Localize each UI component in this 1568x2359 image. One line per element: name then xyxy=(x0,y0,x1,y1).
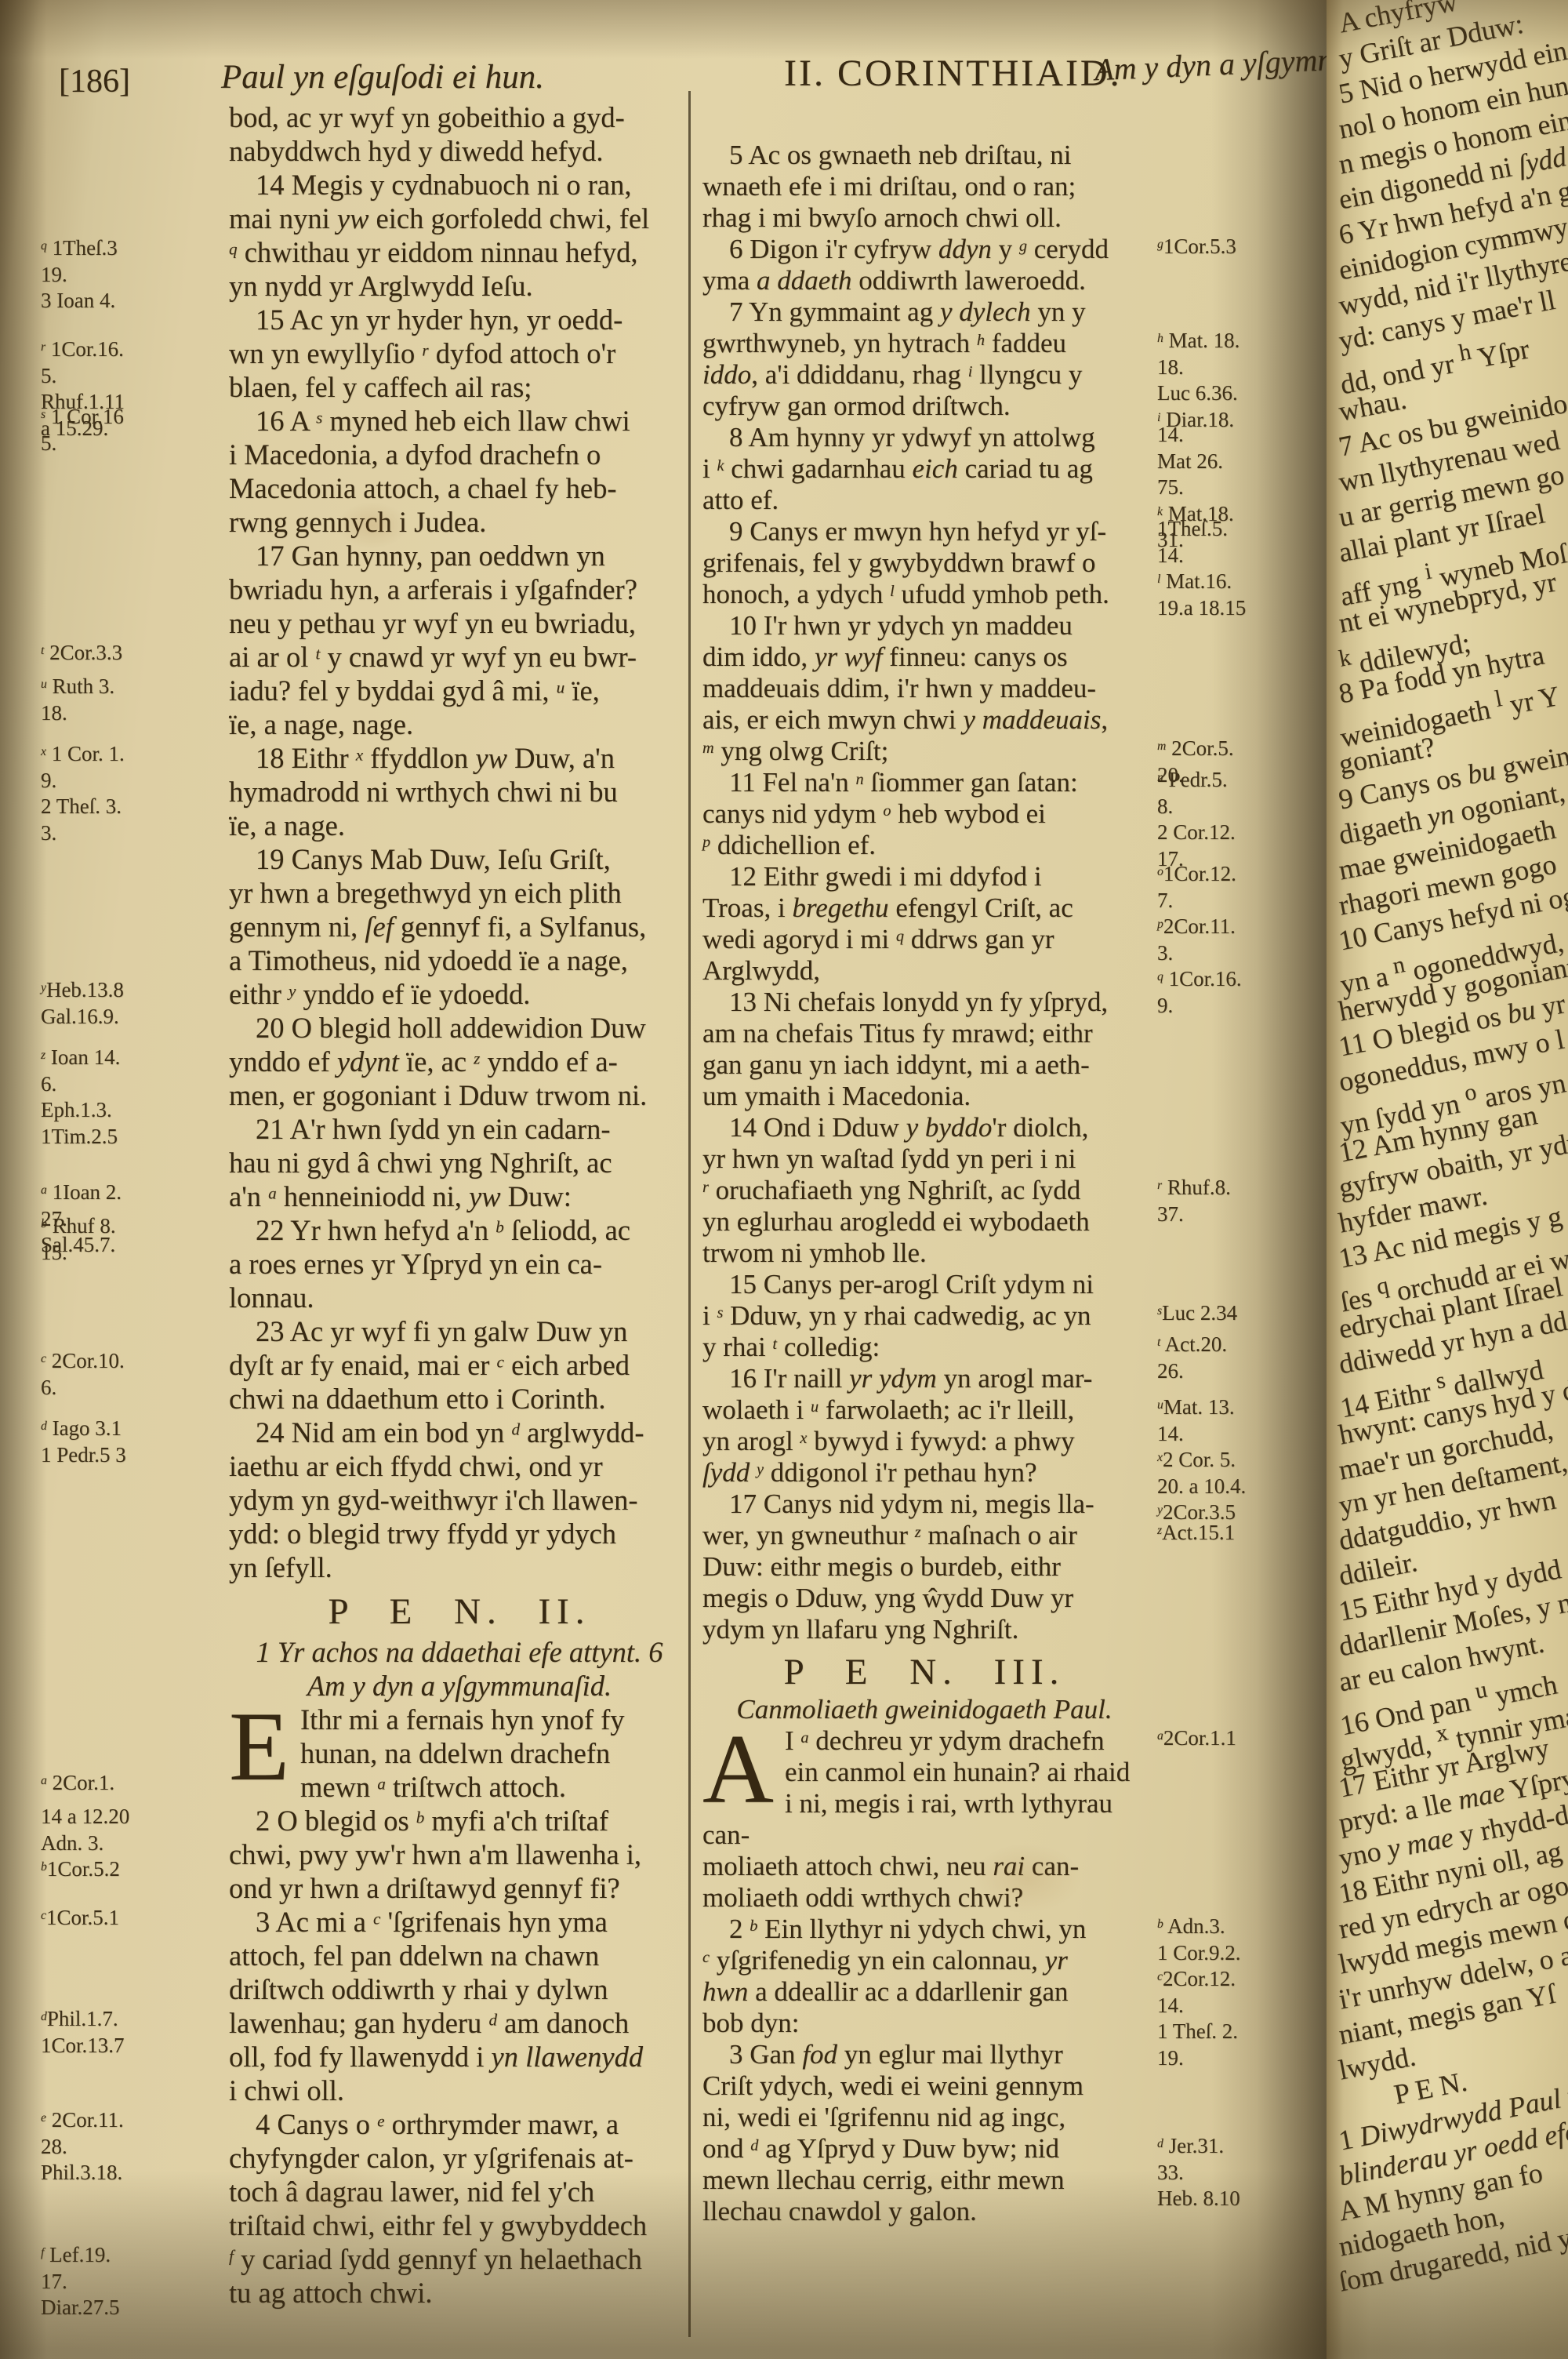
verse: 9 Canys er mwyn hyn hefyd yr yſ-grifenai… xyxy=(702,516,1146,610)
verse-text: 8 Am hynny yr ydwyf yn attolwgi k chwi g… xyxy=(702,422,1146,516)
verse-text: 21 A'r hwn ſydd yn ein cadarn-hau ni gyd… xyxy=(229,1112,690,1213)
next-page-text: A chyfrywy Griſt ar Dduw:5 Nid o herwydd… xyxy=(1339,6,1568,2300)
margin-references: c1Cor.5.1 xyxy=(41,1905,213,1932)
verse-text: 16 I'r naill yr ydym yn arogl mar-wolaet… xyxy=(702,1363,1146,1488)
verse-text: 18 Eithr x ffyddlon yw Duw, a'nhymadrodd… xyxy=(229,741,690,842)
verse-text: 22 Yr hwn hefyd a'n b ſeliodd, aca roes … xyxy=(229,1213,690,1314)
verse-text: EIthr mi a fernais hyn ynof fyhunan, na … xyxy=(229,1703,690,1804)
verse: 4 Canys o e orthrymder mawr, achyfyngder… xyxy=(229,2107,690,2310)
page-number: [186] xyxy=(59,63,130,100)
verse: 7 Yn gymmaint ag y dylech yn ygwrthwyneb… xyxy=(702,296,1146,422)
verse-text: 20 O blegid holl addewidion Duwynddo ef … xyxy=(229,1011,690,1112)
verse: 16 I'r naill yr ydym yn arogl mar-wolaet… xyxy=(702,1363,1146,1488)
verse: 17 Canys nid ydym ni, megis lla-wer, yn … xyxy=(702,1488,1146,1645)
verse: 18 Eithr x ffyddlon yw Duw, a'nhymadrodd… xyxy=(229,741,690,842)
verse: EIthr mi a fernais hyn ynof fyhunan, na … xyxy=(229,1703,690,1804)
margin-references: q 1Theſ.319.3 Ioan 4. xyxy=(41,235,213,314)
verse: 11 Fel na'n n ſiommer gan ſatan:canys ni… xyxy=(702,767,1146,861)
margin-references: b Rhuf 8.15. xyxy=(41,1213,213,1266)
running-header-left: Paul yn eſguſodi ei hun. xyxy=(221,58,544,96)
verse-text: 16 A s myned heb eich llaw chwii Macedon… xyxy=(229,404,690,539)
verse-text: 4 Canys o e orthrymder mawr, achyfyngder… xyxy=(229,2107,690,2310)
margin-references: e 2Cor.11.28.Phil.3.18. xyxy=(41,2107,213,2186)
verse-text: 12 Eithr gwedi i mi ddyfod iTroas, i bre… xyxy=(702,861,1146,987)
verse-text: 14 Ond i Dduw y byddo'r diolch,yr hwn yn… xyxy=(702,1112,1146,1269)
verse: 15 Canys per-arogl Criſt ydym nii s Dduw… xyxy=(702,1269,1146,1363)
next-page-curled-edge: A chyfrywy Griſt ar Dduw:5 Nid o herwydd… xyxy=(1327,0,1568,2359)
verse: 19 Canys Mab Duw, Ieſu Griſt,yr hwn a br… xyxy=(229,842,690,1011)
verse-text: 5 Ac os gwnaeth neb driſtau, niwnaeth ef… xyxy=(702,140,1146,234)
verse-text: 15 Canys per-arogl Criſt ydym nii s Dduw… xyxy=(702,1269,1146,1363)
right-column: 5 Ac os gwnaeth neb driſtau, niwnaeth ef… xyxy=(702,140,1146,2227)
verse: 12 Eithr gwedi i mi ddyfod iTroas, i bre… xyxy=(702,861,1146,987)
margin-references: dPhil.1.7.1Cor.13.7 xyxy=(41,2006,213,2059)
margin-references: f Lef.19.17.Diar.27.5 xyxy=(41,2242,213,2321)
verse-text: 7 Yn gymmaint ag y dylech yn ygwrthwyneb… xyxy=(702,296,1146,422)
verse-text: 10 I'r hwn yr ydych yn maddeudim iddo, y… xyxy=(702,610,1146,767)
margin-references: x 1 Cor. 1.9.2 Theſ. 3.3. xyxy=(41,741,213,846)
verse: 6 Digon i'r cyfryw ddyn y g ceryddyma a … xyxy=(702,234,1146,296)
margin-references: u Ruth 3.18. xyxy=(41,674,213,726)
chapter-argument: 1 Yr achos na ddaethai efe attynt. 6Am y… xyxy=(229,1635,690,1703)
verse-text: 6 Digon i'r cyfryw ddyn y g ceryddyma a … xyxy=(702,234,1146,296)
verse: 23 Ac yr wyf fi yn galw Duw yndyſt ar fy… xyxy=(229,1314,690,1416)
margin-references: a 2Cor.1. xyxy=(41,1770,213,1797)
left-column: bod, ac yr wyf yn gobeithio a gyd-nabydd… xyxy=(229,100,690,2310)
verse-text: bod, ac yr wyf yn gobeithio a gyd-nabydd… xyxy=(229,100,690,168)
verse: 13 Ni chefais lonydd yn fy yſpryd,am na … xyxy=(702,987,1146,1112)
verse-text: AI a dechreu yr ydym drachefnein canmol … xyxy=(702,1725,1146,1914)
margin-references: yHeb.13.8Gal.16.9. xyxy=(41,977,213,1030)
verse-text: 11 Fel na'n n ſiommer gan ſatan:canys ni… xyxy=(702,767,1146,861)
column-divider-rule xyxy=(688,91,691,2337)
verse: 3 Gan fod yn eglur mai llythyrCriſt ydyc… xyxy=(702,2039,1146,2227)
verse-text: 2 O blegid os b myfi a'ch triſtafchwi, p… xyxy=(229,1804,690,1905)
verse: 15 Ac yn yr hyder hyn, yr oedd-wn yn ewy… xyxy=(229,303,690,404)
verse: 5 Ac os gwnaeth neb driſtau, niwnaeth ef… xyxy=(702,140,1146,234)
verse-text: 3 Gan fod yn eglur mai llythyrCriſt ydyc… xyxy=(702,2039,1146,2227)
verse: 2 b Ein llythyr ni ydych chwi, ync yſgri… xyxy=(702,1914,1146,2039)
verse: 16 A s myned heb eich llaw chwii Macedon… xyxy=(229,404,690,539)
drop-cap: A xyxy=(702,1725,785,1808)
verse: AI a dechreu yr ydym drachefnein canmol … xyxy=(702,1725,1146,1914)
verse: 14 Megis y cydnabuoch ni o ran,mai nyni … xyxy=(229,168,690,303)
verse: 17 Gan hynny, pan oeddwn ynbwriadu hyn, … xyxy=(229,539,690,741)
verse: bod, ac yr wyf yn gobeithio a gyd-nabydd… xyxy=(229,100,690,168)
verse-text: 23 Ac yr wyf fi yn galw Duw yndyſt ar fy… xyxy=(229,1314,690,1416)
verse: 10 I'r hwn yr ydych yn maddeudim iddo, y… xyxy=(702,610,1146,767)
drop-cap: E xyxy=(229,1703,300,1785)
verse-text: 17 Gan hynny, pan oeddwn ynbwriadu hyn, … xyxy=(229,539,690,741)
chapter-heading: P E N. II. xyxy=(229,1584,690,1635)
verse-text: 3 Ac mi a c 'ſgrifenais hyn ymaattoch, f… xyxy=(229,1905,690,2107)
book-title: II. CORINTHIAID. xyxy=(784,52,1122,95)
verse-text: 24 Nid am ein bod yn d arglwydd-iaethu a… xyxy=(229,1416,690,1584)
verse: 14 Ond i Dduw y byddo'r diolch,yr hwn yn… xyxy=(702,1112,1146,1269)
verse: 8 Am hynny yr ydwyf yn attolwgi k chwi g… xyxy=(702,422,1146,516)
scanned-bible-page: [186] Paul yn eſguſodi ei hun. II. CORIN… xyxy=(0,0,1568,2359)
verse: 3 Ac mi a c 'ſgrifenais hyn ymaattoch, f… xyxy=(229,1905,690,2107)
verse-text: 19 Canys Mab Duw, Ieſu Griſt,yr hwn a br… xyxy=(229,842,690,1011)
margin-references: s 1 Cor.165. xyxy=(41,404,213,456)
verse: 21 A'r hwn ſydd yn ein cadarn-hau ni gyd… xyxy=(229,1112,690,1213)
verse-text: 15 Ac yn yr hyder hyn, yr oedd-wn yn ewy… xyxy=(229,303,690,404)
margin-references: t 2Cor.3.3 xyxy=(41,640,213,667)
verse-text: 13 Ni chefais lonydd yn fy yſpryd,am na … xyxy=(702,987,1146,1112)
margin-references: z Ioan 14.6.Eph.1.3.1Tim.2.5 xyxy=(41,1045,213,1150)
verse-text: 17 Canys nid ydym ni, megis lla-wer, yn … xyxy=(702,1488,1146,1645)
page-gutter-shadow xyxy=(1211,0,1341,2359)
margin-references: c 2Cor.10.6. xyxy=(41,1348,213,1401)
margin-references: d Iago 3.11 Pedr.5 3 xyxy=(41,1416,213,1468)
verse-text: 9 Canys er mwyn hyn hefyd yr yſ-grifenai… xyxy=(702,516,1146,610)
verse-text: 14 Megis y cydnabuoch ni o ran,mai nyni … xyxy=(229,168,690,303)
margin-references: 14 a 12.20Adn. 3.b1Cor.5.2 xyxy=(41,1804,213,1883)
verse: 24 Nid am ein bod yn d arglwydd-iaethu a… xyxy=(229,1416,690,1584)
verse: 2 O blegid os b myfi a'ch triſtafchwi, p… xyxy=(229,1804,690,1905)
verse-text: 2 b Ein llythyr ni ydych chwi, ync yſgri… xyxy=(702,1914,1146,2039)
chapter-heading: P E N. III. xyxy=(702,1645,1146,1694)
verse: 22 Yr hwn hefyd a'n b ſeliodd, aca roes … xyxy=(229,1213,690,1314)
verse: 20 O blegid holl addewidion Duwynddo ef … xyxy=(229,1011,690,1112)
